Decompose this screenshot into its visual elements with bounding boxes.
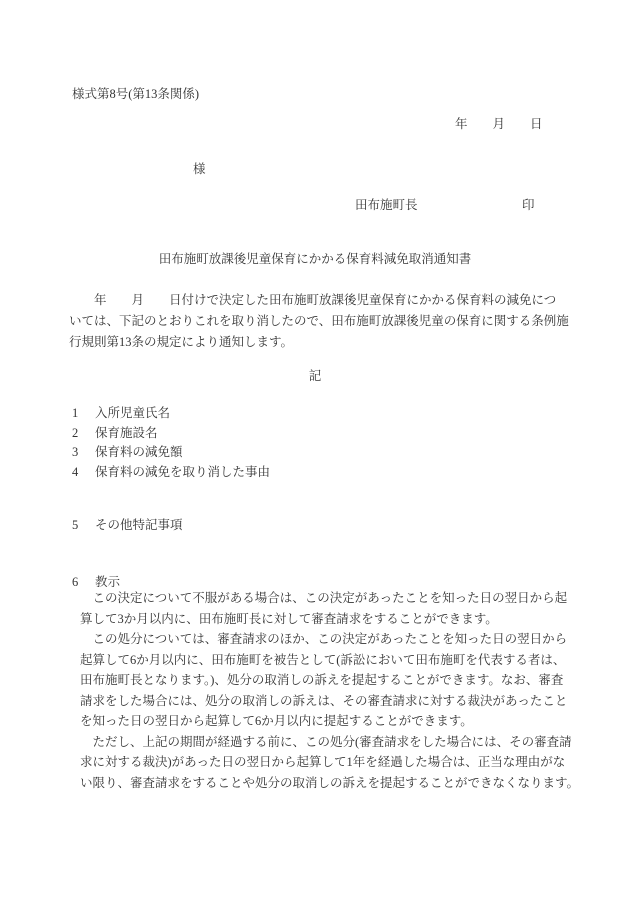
item-list: 1入所児童氏名 2保育施設名 3保育料の減免額 4保育料の減免を取り消した事由 — [72, 404, 270, 482]
instruction-line: 請求をした場合には、処分の取消しの訴えは、その審査請求に対する裁決があったこと — [80, 691, 579, 712]
list-item: 1入所児童氏名 — [72, 404, 270, 424]
instruction-line: 田布施町長となります。)、処分の取消しの訴えを提起することができます。なお、審査 — [80, 670, 579, 691]
list-item: 4保育料の減免を取り消した事由 — [72, 463, 270, 483]
body-line: 年 月 日付けで決定した田布施町放課後児童保育にかかる保育料の減免につ — [69, 290, 569, 311]
list-item: 5その他特記事項 — [72, 515, 183, 536]
instruction-line: を知った日の翌日から起算して6か月以内に提起することができます。 — [80, 711, 579, 732]
instruction-line: 算して3か月以内に、田布施町長に対して審査請求をすることができます。 — [80, 609, 579, 630]
instruction-line: この決定について不服がある場合は、この決定があったことを知った日の翌日から起 — [80, 588, 579, 609]
item-label: 保育施設名 — [95, 426, 158, 440]
item-number: 2 — [72, 424, 95, 444]
item-number: 5 — [72, 515, 95, 536]
list-item: 3保育料の減免額 — [72, 443, 270, 463]
item-number: 1 — [72, 404, 95, 424]
item-label: 入所児童氏名 — [95, 406, 170, 420]
instruction-line: 求に対する裁決)があった日の翌日から起算して1年を経過した場合は、正当な理由がな — [80, 752, 579, 773]
list-item: 2保育施設名 — [72, 424, 270, 444]
body-line: いては、下記のとおりこれを取り消したので、田布施町放課後児童の保育に関する条例施 — [69, 311, 569, 332]
form-number-label: 様式第8号(第13条関係) — [72, 84, 199, 105]
item-label: 教示 — [95, 575, 120, 589]
instruction-line: 起算して6か月以内に、田布施町を被告として(訴訟において田布施町を代表する者は、 — [80, 650, 579, 671]
body-paragraph: 年 月 日付けで決定した田布施町放課後児童保育にかかる保育料の減免につ いては、… — [69, 290, 569, 353]
item-label: 保育料の減免を取り消した事由 — [95, 465, 270, 479]
appeal-instructions: この決定について不服がある場合は、この決定があったことを知った日の翌日から起 算… — [80, 588, 579, 793]
item-label: 保育料の減免額 — [95, 445, 183, 459]
document-title: 田布施町放課後児童保育にかかる保育料減免取消通知書 — [0, 249, 630, 270]
item-label: その他特記事項 — [95, 518, 183, 532]
item-number: 3 — [72, 443, 95, 463]
seal-label: 印 — [522, 195, 535, 216]
instruction-line: い限り、審査請求をすることや処分の取消しの訴えを提起することができなくなります。 — [80, 773, 579, 794]
sender-title: 田布施町長 — [355, 195, 418, 216]
instruction-line: ただし、上記の期間が経過する前に、この処分(審査請求をした場合には、その審査請 — [80, 732, 579, 753]
instruction-line: この処分については、審査請求のほか、この決定があったことを知った日の翌日から — [80, 629, 579, 650]
date-line: 年 月 日 — [455, 114, 543, 135]
addressee-honorific: 様 — [193, 159, 206, 180]
record-marker: 記 — [0, 366, 630, 387]
document-page: 様式第8号(第13条関係) 年 月 日 様 田布施町長 印 田布施町放課後児童保… — [0, 0, 630, 915]
body-line: 行規則第13条の規定により通知します。 — [69, 332, 569, 353]
item-number: 4 — [72, 463, 95, 483]
